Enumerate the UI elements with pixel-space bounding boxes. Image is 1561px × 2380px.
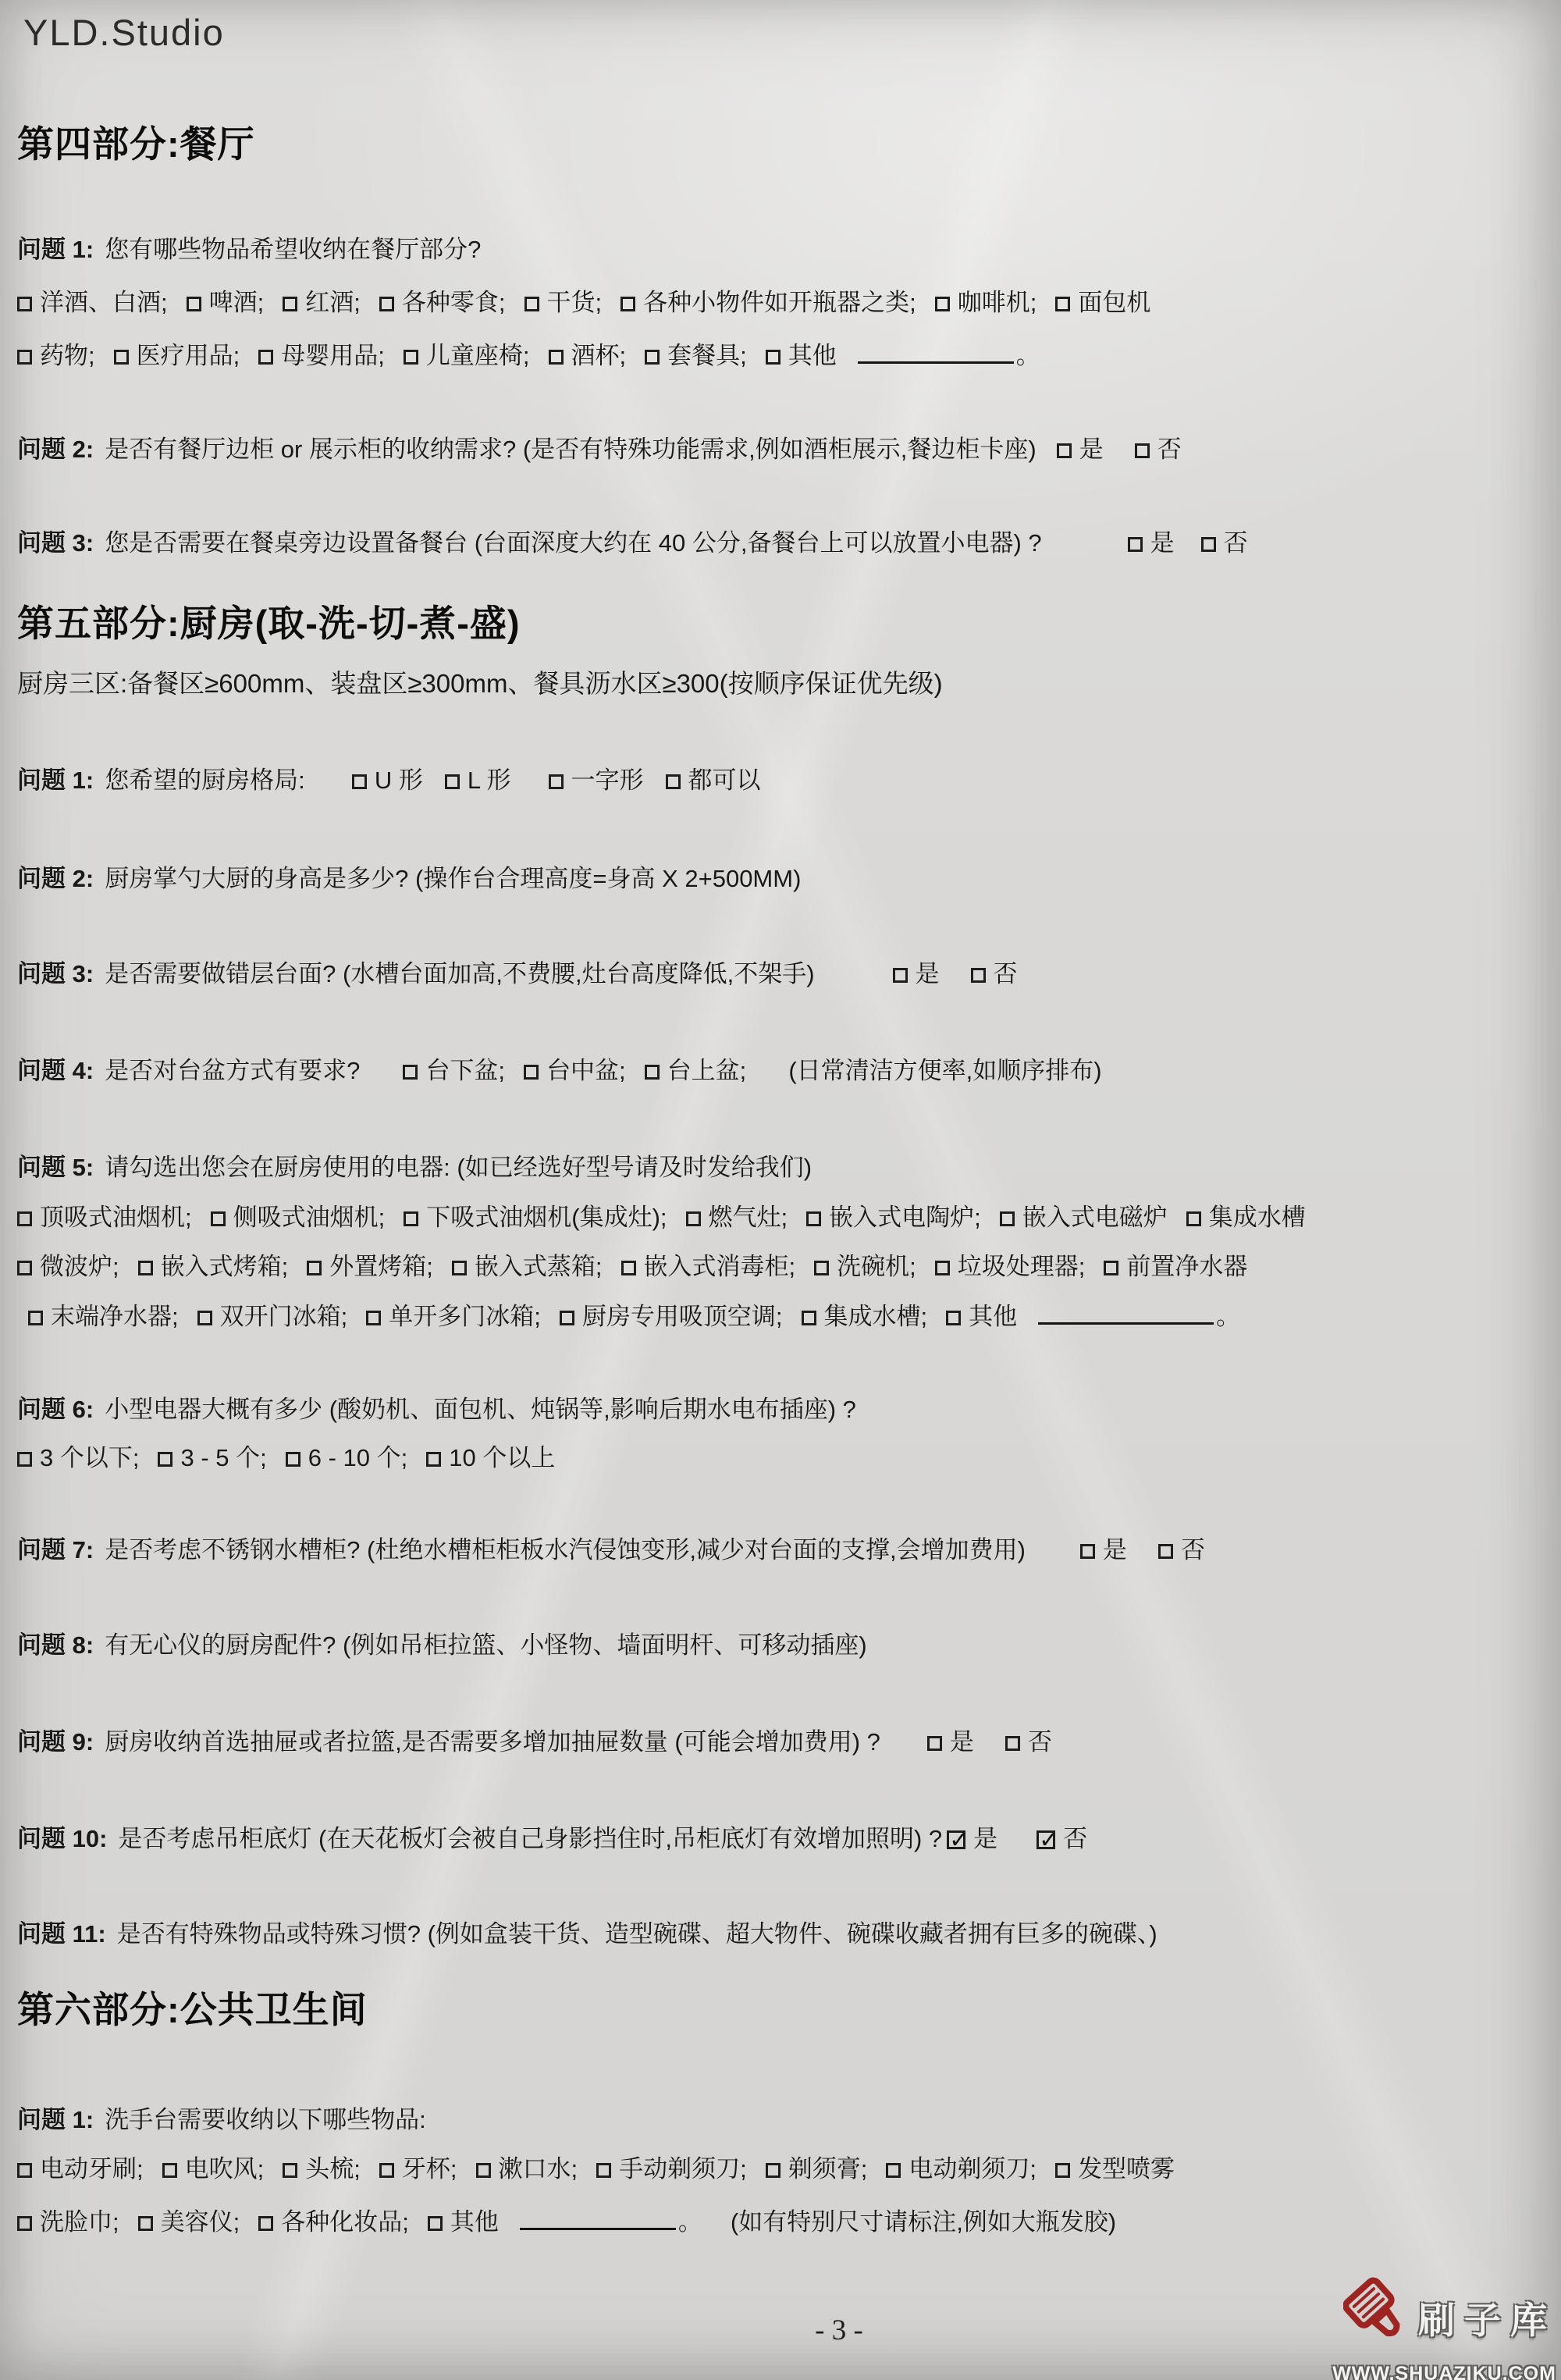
checkbox-icon[interactable] xyxy=(645,1065,660,1080)
option-label: 顶吸式油烟机; xyxy=(40,1204,192,1231)
checkbox-icon[interactable] xyxy=(283,2163,297,2178)
checkbox-option[interactable]: 药物; xyxy=(17,340,95,372)
checkbox-option[interactable]: 母婴用品; xyxy=(258,340,385,372)
section-title: 第五部分:厨房(取-洗-切-煮-盛) xyxy=(17,601,1541,646)
option-label: 手动剃须刀; xyxy=(619,2155,747,2183)
checkbox-icon[interactable] xyxy=(549,350,564,365)
checkbox-option[interactable]: 下吸式油烟机(集成灶); xyxy=(404,1202,667,1233)
checkbox-option[interactable]: 6 - 10 个; xyxy=(286,1443,408,1474)
checkbox-option[interactable]: 厨房专用吸顶空调; xyxy=(560,1301,783,1332)
checkbox-icon[interactable] xyxy=(283,297,297,311)
checkbox-icon[interactable] xyxy=(1055,2163,1070,2178)
checkbox-option[interactable]: 集成水槽; xyxy=(802,1301,928,1332)
checkbox-icon[interactable] xyxy=(806,1211,821,1226)
checkbox-option[interactable]: L 形 xyxy=(445,765,511,796)
checkbox-option[interactable]: 是 xyxy=(893,959,940,990)
option-label: 是 xyxy=(1079,436,1104,463)
option-label: 其他 xyxy=(450,2208,499,2236)
checkbox-icon[interactable] xyxy=(927,1736,942,1751)
checkbox-icon[interactable] xyxy=(158,1452,172,1467)
checkbox-option-checked[interactable]: 是 xyxy=(947,1823,997,1855)
inline-text: 您是否需要在餐桌旁边设置备餐台 (台面深度大约在 40 公分,备餐台上可以放置小… xyxy=(105,529,1041,557)
checkbox-icon[interactable] xyxy=(426,1452,441,1467)
checkbox-icon[interactable] xyxy=(258,2216,273,2231)
option-row: 洗脸巾;美容仪;各种化妆品;其他。(如有特别尺寸请标注,例如大瓶发胶) xyxy=(17,2204,1541,2238)
question: 问题 10:是否考虑吊柜底灯 (在天花板灯会被自己身影挡住时,吊柜底灯有效增加照… xyxy=(17,1823,1541,1855)
question-label: 问题 10: xyxy=(17,1825,107,1852)
section-intro: 厨房三区:备餐区≥600mm、装盘区≥300mm、餐具沥水区≥300(按顺序保证… xyxy=(17,668,1541,699)
checkbox-icon[interactable] xyxy=(428,2216,443,2231)
option-label: 集成水槽 xyxy=(1209,1204,1306,1231)
checkbox-icon[interactable] xyxy=(596,2163,611,2178)
inline-text: 是否有餐厅边柜 or 展示柜的收纳需求? (是否有特殊功能需求,例如酒柜展示,餐… xyxy=(105,436,1037,463)
question-label: 问题 6: xyxy=(17,1396,94,1423)
inline-text: 请勾选出您会在厨房使用的电器: (如已经选好型号请及时发给我们) xyxy=(105,1154,812,1181)
checkbox-option[interactable]: 双开门冰箱; xyxy=(197,1301,348,1332)
option-label: U 形 xyxy=(375,767,423,794)
inline-text: 小型电器大概有多少 (酸奶机、面包机、炖锅等,影响后期水电布插座) ? xyxy=(105,1396,856,1423)
checkbox-icon[interactable] xyxy=(666,774,681,789)
checkbox-icon[interactable] xyxy=(445,774,460,789)
checkbox-option[interactable]: 电动牙刷; xyxy=(17,2154,144,2185)
checkbox-option[interactable]: 其他 xyxy=(946,1301,1017,1332)
checkbox-icon[interactable] xyxy=(946,1311,961,1325)
question: 问题 2:是否有餐厅边柜 or 展示柜的收纳需求? (是否有特殊功能需求,例如酒… xyxy=(17,434,1541,465)
checkbox-option[interactable]: 顶吸式油烟机; xyxy=(17,1202,192,1233)
option-label: 红酒; xyxy=(305,289,361,316)
option-label: 否 xyxy=(1157,436,1182,463)
inline-text: 洗手台需要收纳以下哪些物品: xyxy=(105,2106,426,2133)
option-label: 嵌入式烤箱; xyxy=(161,1253,289,1280)
inline-text: 您有哪些物品希望收纳在餐厅部分? xyxy=(105,236,481,263)
option-label: 啤酒; xyxy=(209,289,265,316)
checkbox-option[interactable]: 台中盆; xyxy=(524,1055,626,1087)
option-label: 双开门冰箱; xyxy=(220,1303,348,1330)
spacer xyxy=(17,1323,28,1325)
inline-text: 是否对台盆方式有要求? xyxy=(105,1057,360,1084)
option-label: 美容仪; xyxy=(161,2208,240,2236)
checkbox-icon[interactable] xyxy=(524,1065,539,1080)
inline-text: 。 xyxy=(1216,1303,1240,1330)
spacer xyxy=(1193,550,1201,551)
spacer xyxy=(765,1077,788,1079)
checkbox-icon[interactable] xyxy=(1135,443,1150,458)
option-label: 燃气灶; xyxy=(709,1204,788,1231)
brush-icon xyxy=(1343,2276,1412,2360)
checkbox-option[interactable]: 各种化妆品; xyxy=(258,2207,409,2238)
question: 问题 3:您是否需要在餐桌旁边设置备餐台 (台面深度大约在 40 公分,备餐台上… xyxy=(17,528,1541,559)
inline-text: 是否有特殊物品或特殊习惯? (例如盒装干货、造型碗碟、超大物件、碗碟收藏者拥有巨… xyxy=(117,1920,1157,1948)
option-row: 3 个以下;3 - 5 个;6 - 10 个;10 个以上 xyxy=(17,1443,1541,1474)
checkbox-option[interactable]: 是 xyxy=(927,1727,974,1758)
question: 问题 3:是否需要做错层台面? (水槽台面加高,不费腰,灶台高度降低,不架手)是… xyxy=(17,959,1541,990)
checkbox-option[interactable]: 头梳; xyxy=(283,2154,361,2185)
spacer xyxy=(360,1077,403,1079)
checkbox-option[interactable]: 洋酒、白酒; xyxy=(17,287,168,318)
section-title: 第六部分:公共卫生间 xyxy=(17,1987,1541,2033)
spacer xyxy=(880,1749,927,1750)
spacer xyxy=(305,787,352,788)
checkbox-icon[interactable] xyxy=(971,968,986,983)
spacer xyxy=(958,980,971,982)
checkbox-icon[interactable] xyxy=(935,1261,950,1275)
inline-text: 。 xyxy=(678,2208,702,2236)
option-label: 外置烤箱; xyxy=(329,1253,433,1280)
checkbox-icon[interactable] xyxy=(211,1211,226,1226)
option-label: 台上盆; xyxy=(667,1057,747,1084)
question-label: 问题 2: xyxy=(17,436,94,463)
inline-text: 您希望的厨房格局: xyxy=(105,767,305,794)
option-label: 否 xyxy=(1181,1536,1205,1564)
checkbox-option[interactable]: 单开多门冰箱; xyxy=(366,1301,541,1332)
checkbox-option[interactable]: 否 xyxy=(1005,1727,1052,1758)
checkbox-option[interactable]: 嵌入式电磁炉 xyxy=(1000,1202,1168,1233)
checkbox-icon[interactable] xyxy=(28,1311,43,1325)
checkbox-icon[interactable] xyxy=(1055,297,1070,311)
option-label: 洋酒、白酒; xyxy=(40,289,168,316)
checkbox-option[interactable]: 嵌入式消毒柜; xyxy=(621,1251,796,1282)
question-label: 问题 9: xyxy=(17,1728,94,1756)
checkbox-icon[interactable] xyxy=(766,2163,780,2178)
option-label: 否 xyxy=(1063,1825,1087,1852)
checkbox-option[interactable]: 微波炉; xyxy=(17,1251,119,1282)
question-label: 问题 11: xyxy=(17,1920,106,1948)
checkbox-option[interactable]: 台下盆; xyxy=(403,1055,505,1087)
checkbox-option[interactable]: 其他 xyxy=(766,340,837,372)
checkbox-option[interactable]: 套餐具; xyxy=(645,340,747,372)
checkbox-option[interactable]: 电吹风; xyxy=(162,2154,265,2185)
checkbox-icon[interactable] xyxy=(17,2163,32,2178)
question-label: 问题 4: xyxy=(17,1057,94,1084)
question: 问题 11:是否有特殊物品或特殊习惯? (例如盒装干货、造型碗碟、超大物件、碗碟… xyxy=(17,1919,1541,1950)
checkbox-option[interactable]: 集成水槽 xyxy=(1186,1202,1306,1233)
question-label: 问题 7: xyxy=(17,1536,94,1564)
option-row: 末端净水器;双开门冰箱;单开多门冰箱;厨房专用吸顶空调;集成水槽;其他。 xyxy=(17,1299,1541,1332)
inline-text: 有无心仪的厨房配件? (例如吊柜拉篮、小怪物、墙面明杆、可移动插座) xyxy=(105,1631,867,1659)
checkbox-option[interactable]: 酒杯; xyxy=(549,340,627,372)
option-label: 6 - 10 个; xyxy=(308,1444,408,1471)
checkbox-icon[interactable] xyxy=(286,1452,300,1467)
option-label: 3 个以下; xyxy=(40,1444,139,1471)
checkbox-option[interactable]: 是 xyxy=(1080,1535,1127,1566)
checkbox-icon[interactable] xyxy=(814,1261,829,1275)
option-label: 都可以 xyxy=(688,767,761,794)
inline-text: 是否考虑吊柜底灯 (在天花板灯会被自己身影挡住时,吊柜底灯有效增加照明) ? xyxy=(118,1825,942,1852)
checkbox-icon[interactable] xyxy=(307,1261,322,1275)
checkbox-option[interactable]: 10 个以上 xyxy=(426,1443,555,1474)
checkbox-option[interactable]: 是 xyxy=(1057,434,1104,465)
checkbox-checked-icon[interactable] xyxy=(947,1830,965,1849)
option-label: 其他 xyxy=(969,1303,1017,1330)
question-label: 问题 3: xyxy=(17,960,94,987)
checkbox-option[interactable]: 前置净水器 xyxy=(1104,1251,1247,1282)
option-label: 牙杯; xyxy=(402,2155,457,2183)
watermark: 刷子库 WWW.SHUAZIKU.COM xyxy=(1322,2276,1556,2380)
checkbox-option[interactable]: 剃须膏; xyxy=(766,2154,868,2185)
option-row: 电动牙刷;电吹风;头梳;牙杯;漱口水;手动剃须刀;剃须膏;电动剃须刀;发型喷雾 xyxy=(17,2154,1541,2185)
checkbox-option[interactable]: 3 - 5 个; xyxy=(158,1443,266,1474)
question: 问题 1:您希望的厨房格局:U 形L 形一字形都可以 xyxy=(17,765,1541,796)
checkbox-option[interactable]: 各种小物件如开瓶器之类; xyxy=(620,287,916,318)
checkbox-option[interactable]: 嵌入式烤箱; xyxy=(138,1251,289,1282)
checkbox-icon[interactable] xyxy=(187,297,201,311)
option-label: 是 xyxy=(973,1825,997,1852)
checkbox-icon[interactable] xyxy=(138,2216,153,2231)
checkbox-icon[interactable] xyxy=(452,1261,467,1275)
checkbox-option[interactable]: 电动剃须刀; xyxy=(886,2154,1037,2185)
questionnaire-page: YLD.Studio 第四部分:餐厅问题 1:您有哪些物品希望收纳在餐厅部分?洋… xyxy=(0,0,1561,2380)
checkbox-icon[interactable] xyxy=(404,350,418,365)
spacer xyxy=(1122,456,1135,457)
option-label: 电动剃须刀; xyxy=(909,2155,1037,2183)
checkbox-option[interactable]: 牙杯; xyxy=(379,2154,457,2185)
checkbox-icon[interactable] xyxy=(621,1261,636,1275)
watermark-site: WWW.SHUAZIKU.COM xyxy=(1322,2363,1556,2380)
checkbox-icon[interactable] xyxy=(197,1311,212,1325)
checkbox-icon[interactable] xyxy=(935,297,950,311)
checkbox-icon[interactable] xyxy=(403,1065,418,1080)
section-title: 第四部分:餐厅 xyxy=(17,122,1541,167)
question-label: 问题 1: xyxy=(17,236,94,263)
checkbox-icon[interactable] xyxy=(379,2163,394,2178)
spacer xyxy=(1146,1556,1158,1558)
option-label: 否 xyxy=(1028,1728,1052,1756)
option-label: 嵌入式蒸箱; xyxy=(475,1253,603,1280)
option-label: 酒杯; xyxy=(571,342,627,369)
checkbox-icon[interactable] xyxy=(352,774,367,789)
checkbox-option[interactable]: 嵌入式电陶炉; xyxy=(806,1202,981,1233)
option-label: 侧吸式油烟机; xyxy=(233,1204,386,1231)
option-label: 各种小物件如开瓶器之类; xyxy=(643,289,916,316)
inline-text: 。 xyxy=(1016,342,1040,369)
checkbox-icon[interactable] xyxy=(1005,1736,1020,1751)
spacer xyxy=(702,2229,731,2230)
option-row: 洋酒、白酒;啤酒;红酒;各种零食;干货;各种小物件如开瓶器之类;咖啡机;面包机 xyxy=(17,287,1541,318)
spacer xyxy=(815,980,893,982)
option-label: 是 xyxy=(1150,529,1175,557)
fill-in-blank[interactable] xyxy=(858,338,1014,364)
question-label: 问题 8: xyxy=(17,1631,94,1659)
spacer xyxy=(1037,456,1057,457)
checkbox-option[interactable]: 是 xyxy=(1128,528,1175,559)
inline-text: (日常清洁方便率,如顺序排布) xyxy=(788,1057,1101,1084)
checkbox-option[interactable]: 洗脸巾; xyxy=(17,2207,119,2238)
checkbox-icon[interactable] xyxy=(114,350,129,365)
checkbox-option[interactable]: 燃气灶; xyxy=(686,1202,788,1233)
option-label: 漱口水; xyxy=(499,2155,578,2183)
inline-text: 是否考虑不锈钢水槽柜? (杜绝水槽柜柜板水汽侵蚀变形,减少对台面的支撑,会增加费… xyxy=(105,1536,1026,1564)
option-label: 嵌入式电磁炉 xyxy=(1022,1204,1168,1231)
option-label: 头梳; xyxy=(305,2155,361,2183)
option-label: 其他 xyxy=(788,342,837,369)
checkbox-icon[interactable] xyxy=(162,2163,177,2178)
checkbox-option[interactable]: 洗碗机; xyxy=(814,1251,916,1282)
checkbox-icon[interactable] xyxy=(620,297,635,311)
inline-text: 厨房掌勺大厨的身高是多少? (操作台合理高度=身高 X 2+500MM) xyxy=(105,865,801,892)
fill-in-blank[interactable] xyxy=(1038,1299,1214,1325)
option-label: 台下盆; xyxy=(425,1057,505,1084)
checkbox-icon[interactable] xyxy=(1186,1211,1201,1226)
checkbox-option[interactable]: 垃圾处理器; xyxy=(935,1251,1086,1282)
question-label: 问题 1: xyxy=(17,2106,94,2133)
option-row: 药物;医疗用品;母婴用品;儿童座椅;酒杯;套餐具;其他。 xyxy=(17,338,1541,372)
checkbox-option[interactable]: 咖啡机; xyxy=(935,287,1037,318)
option-label: 厨房专用吸顶空调; xyxy=(582,1303,783,1330)
option-row: 顶吸式油烟机;侧吸式油烟机;下吸式油烟机(集成灶);燃气灶;嵌入式电陶炉;嵌入式… xyxy=(17,1202,1541,1233)
checkbox-icon[interactable] xyxy=(379,297,394,311)
checkbox-icon[interactable] xyxy=(645,350,660,365)
question-label: 问题 3: xyxy=(17,529,94,557)
checkbox-option-checked[interactable]: 否 xyxy=(1037,1823,1087,1855)
option-label: 干货; xyxy=(547,289,603,316)
option-label: 是 xyxy=(1103,1536,1127,1564)
question: 问题 7:是否考虑不锈钢水槽柜? (杜绝水槽柜柜板水汽侵蚀变形,减少对台面的支撑… xyxy=(17,1535,1541,1566)
checkbox-icon[interactable] xyxy=(1080,1544,1095,1559)
checkbox-checked-icon[interactable] xyxy=(1037,1830,1055,1849)
inline-text: (如有特别尺寸请标注,例如大瓶发胶) xyxy=(731,2208,1116,2236)
checkbox-option[interactable]: 面包机 xyxy=(1055,287,1150,318)
question-label: 问题 5: xyxy=(17,1154,94,1181)
checkbox-icon[interactable] xyxy=(17,350,32,365)
question-label: 问题 1: xyxy=(17,767,94,794)
checkbox-option[interactable]: 都可以 xyxy=(666,765,761,796)
checkbox-option[interactable]: U 形 xyxy=(352,765,423,796)
checkbox-icon[interactable] xyxy=(17,2216,32,2231)
option-label: 一字形 xyxy=(571,767,644,794)
checkbox-option[interactable]: 否 xyxy=(1201,528,1248,559)
checkbox-option[interactable]: 发型喷雾 xyxy=(1055,2154,1175,2185)
checkbox-icon[interactable] xyxy=(1128,537,1143,552)
checkbox-option[interactable]: 啤酒; xyxy=(187,287,265,318)
spacer xyxy=(1042,550,1128,551)
option-label: 末端净水器; xyxy=(51,1303,179,1330)
checkbox-icon[interactable] xyxy=(524,297,539,311)
checkbox-option[interactable]: 侧吸式油烟机; xyxy=(211,1202,386,1233)
checkbox-icon[interactable] xyxy=(766,350,780,365)
option-label: 医疗用品; xyxy=(137,342,240,369)
checkbox-icon[interactable] xyxy=(17,297,32,311)
checkbox-option[interactable]: 干货; xyxy=(524,287,603,318)
checkbox-option[interactable]: 否 xyxy=(1135,434,1182,465)
checkbox-icon[interactable] xyxy=(138,1261,153,1275)
question: 问题 1:您有哪些物品希望收纳在餐厅部分? xyxy=(17,234,1541,265)
option-label: 面包机 xyxy=(1078,289,1150,316)
inline-text: 是否需要做错层台面? (水槽台面加高,不费腰,灶台高度降低,不架手) xyxy=(105,960,814,987)
option-label: 台中盆; xyxy=(546,1057,626,1084)
option-label: 否 xyxy=(1224,529,1248,557)
option-label: 洗碗机; xyxy=(837,1253,916,1280)
option-label: 儿童座椅; xyxy=(426,342,530,369)
question: 问题 4:是否对台盆方式有要求?台下盆;台中盆;台上盆;(日常清洁方便率,如顺序… xyxy=(17,1055,1541,1087)
checkbox-option[interactable]: 其他 xyxy=(428,2207,499,2238)
checkbox-icon[interactable] xyxy=(17,1261,32,1275)
checkbox-option[interactable]: 一字形 xyxy=(549,765,644,796)
option-label: 嵌入式消毒柜; xyxy=(644,1253,796,1280)
option-label: 各种化妆品; xyxy=(281,2208,409,2236)
checkbox-option[interactable]: 红酒; xyxy=(283,287,361,318)
option-label: 各种零食; xyxy=(402,289,506,316)
checkbox-icon[interactable] xyxy=(686,1211,701,1226)
option-label: 电吹风; xyxy=(185,2155,265,2183)
watermark-brand: 刷子库 xyxy=(1418,2292,1556,2344)
option-label: 是 xyxy=(950,1728,974,1756)
checkbox-icon[interactable] xyxy=(560,1311,574,1325)
option-label: 微波炉; xyxy=(40,1253,119,1280)
question: 问题 1:洗手台需要收纳以下哪些物品: xyxy=(17,2104,1541,2136)
checkbox-option[interactable]: 嵌入式蒸箱; xyxy=(452,1251,603,1282)
checkbox-icon[interactable] xyxy=(476,2163,491,2178)
checkbox-option[interactable]: 3 个以下; xyxy=(17,1443,139,1474)
checkbox-option[interactable]: 儿童座椅; xyxy=(404,340,530,372)
checkbox-option[interactable]: 手动剃须刀; xyxy=(596,2154,747,2185)
checkbox-icon[interactable] xyxy=(366,1311,381,1325)
option-label: 垃圾处理器; xyxy=(958,1253,1086,1280)
checkbox-icon[interactable] xyxy=(404,1211,418,1226)
option-label: 下吸式油烟机(集成灶); xyxy=(426,1204,667,1231)
option-label: 单开多门冰箱; xyxy=(389,1303,541,1330)
option-label: 发型喷雾 xyxy=(1078,2155,1175,2183)
checkbox-icon[interactable] xyxy=(886,2163,901,2178)
fill-in-blank[interactable] xyxy=(520,2204,676,2230)
checkbox-icon[interactable] xyxy=(893,968,908,983)
question: 问题 9:厨房收纳首选抽屉或者拉篮,是否需要多增加抽屉数量 (可能会增加费用) … xyxy=(17,1727,1541,1758)
checkbox-icon[interactable] xyxy=(1057,443,1072,458)
option-label: 剃须膏; xyxy=(788,2155,868,2183)
question: 问题 8:有无心仪的厨房配件? (例如吊柜拉篮、小怪物、墙面明杆、可移动插座) xyxy=(17,1630,1541,1661)
logo: YLD.Studio xyxy=(23,11,225,54)
option-label: 药物; xyxy=(40,342,95,369)
option-label: 10 个以上 xyxy=(449,1444,555,1471)
checkbox-option[interactable]: 台上盆; xyxy=(645,1055,747,1087)
checkbox-icon[interactable] xyxy=(1104,1261,1118,1275)
option-label: 是 xyxy=(916,960,940,987)
spacer xyxy=(993,1749,1005,1750)
option-label: 电动牙刷; xyxy=(40,2155,144,2183)
checkbox-icon[interactable] xyxy=(258,350,273,365)
spacer xyxy=(1026,1556,1080,1558)
question: 问题 2:厨房掌勺大厨的身高是多少? (操作台合理高度=身高 X 2+500MM… xyxy=(17,863,1541,895)
checkbox-option[interactable]: 末端净水器; xyxy=(28,1301,179,1332)
checkbox-icon[interactable] xyxy=(549,774,564,789)
checkbox-icon[interactable] xyxy=(1000,1211,1015,1226)
checkbox-option[interactable]: 漱口水; xyxy=(476,2154,578,2185)
spacer xyxy=(1016,1845,1037,1847)
checkbox-option[interactable]: 医疗用品; xyxy=(114,340,240,372)
option-label: 集成水槽; xyxy=(824,1303,928,1330)
option-label: L 形 xyxy=(468,767,511,794)
checkbox-icon[interactable] xyxy=(1158,1544,1173,1559)
option-label: 否 xyxy=(994,960,1018,987)
question-label: 问题 2: xyxy=(17,865,94,892)
checkbox-icon[interactable] xyxy=(802,1311,816,1325)
option-row: 微波炉;嵌入式烤箱;外置烤箱;嵌入式蒸箱;嵌入式消毒柜;洗碗机;垃圾处理器;前置… xyxy=(17,1251,1541,1282)
question: 问题 6:小型电器大概有多少 (酸奶机、面包机、炖锅等,影响后期水电布插座) ? xyxy=(17,1394,1541,1425)
checkbox-option[interactable]: 外置烤箱; xyxy=(307,1251,433,1282)
checkbox-option[interactable]: 否 xyxy=(971,959,1018,990)
checkbox-icon[interactable] xyxy=(17,1211,32,1226)
spacer xyxy=(530,787,549,788)
checkbox-option[interactable]: 各种零食; xyxy=(379,287,506,318)
checkbox-icon[interactable] xyxy=(1201,537,1216,552)
option-label: 前置净水器 xyxy=(1126,1253,1247,1280)
checkbox-option[interactable]: 美容仪; xyxy=(138,2207,240,2238)
option-label: 嵌入式电陶炉; xyxy=(829,1204,981,1231)
checkbox-option[interactable]: 否 xyxy=(1158,1535,1205,1566)
option-label: 母婴用品; xyxy=(281,342,385,369)
inline-text: 厨房收纳首选抽屉或者拉篮,是否需要多增加抽屉数量 (可能会增加费用) ? xyxy=(105,1728,880,1756)
checkbox-icon[interactable] xyxy=(17,1452,32,1467)
option-label: 3 - 5 个; xyxy=(180,1444,266,1471)
